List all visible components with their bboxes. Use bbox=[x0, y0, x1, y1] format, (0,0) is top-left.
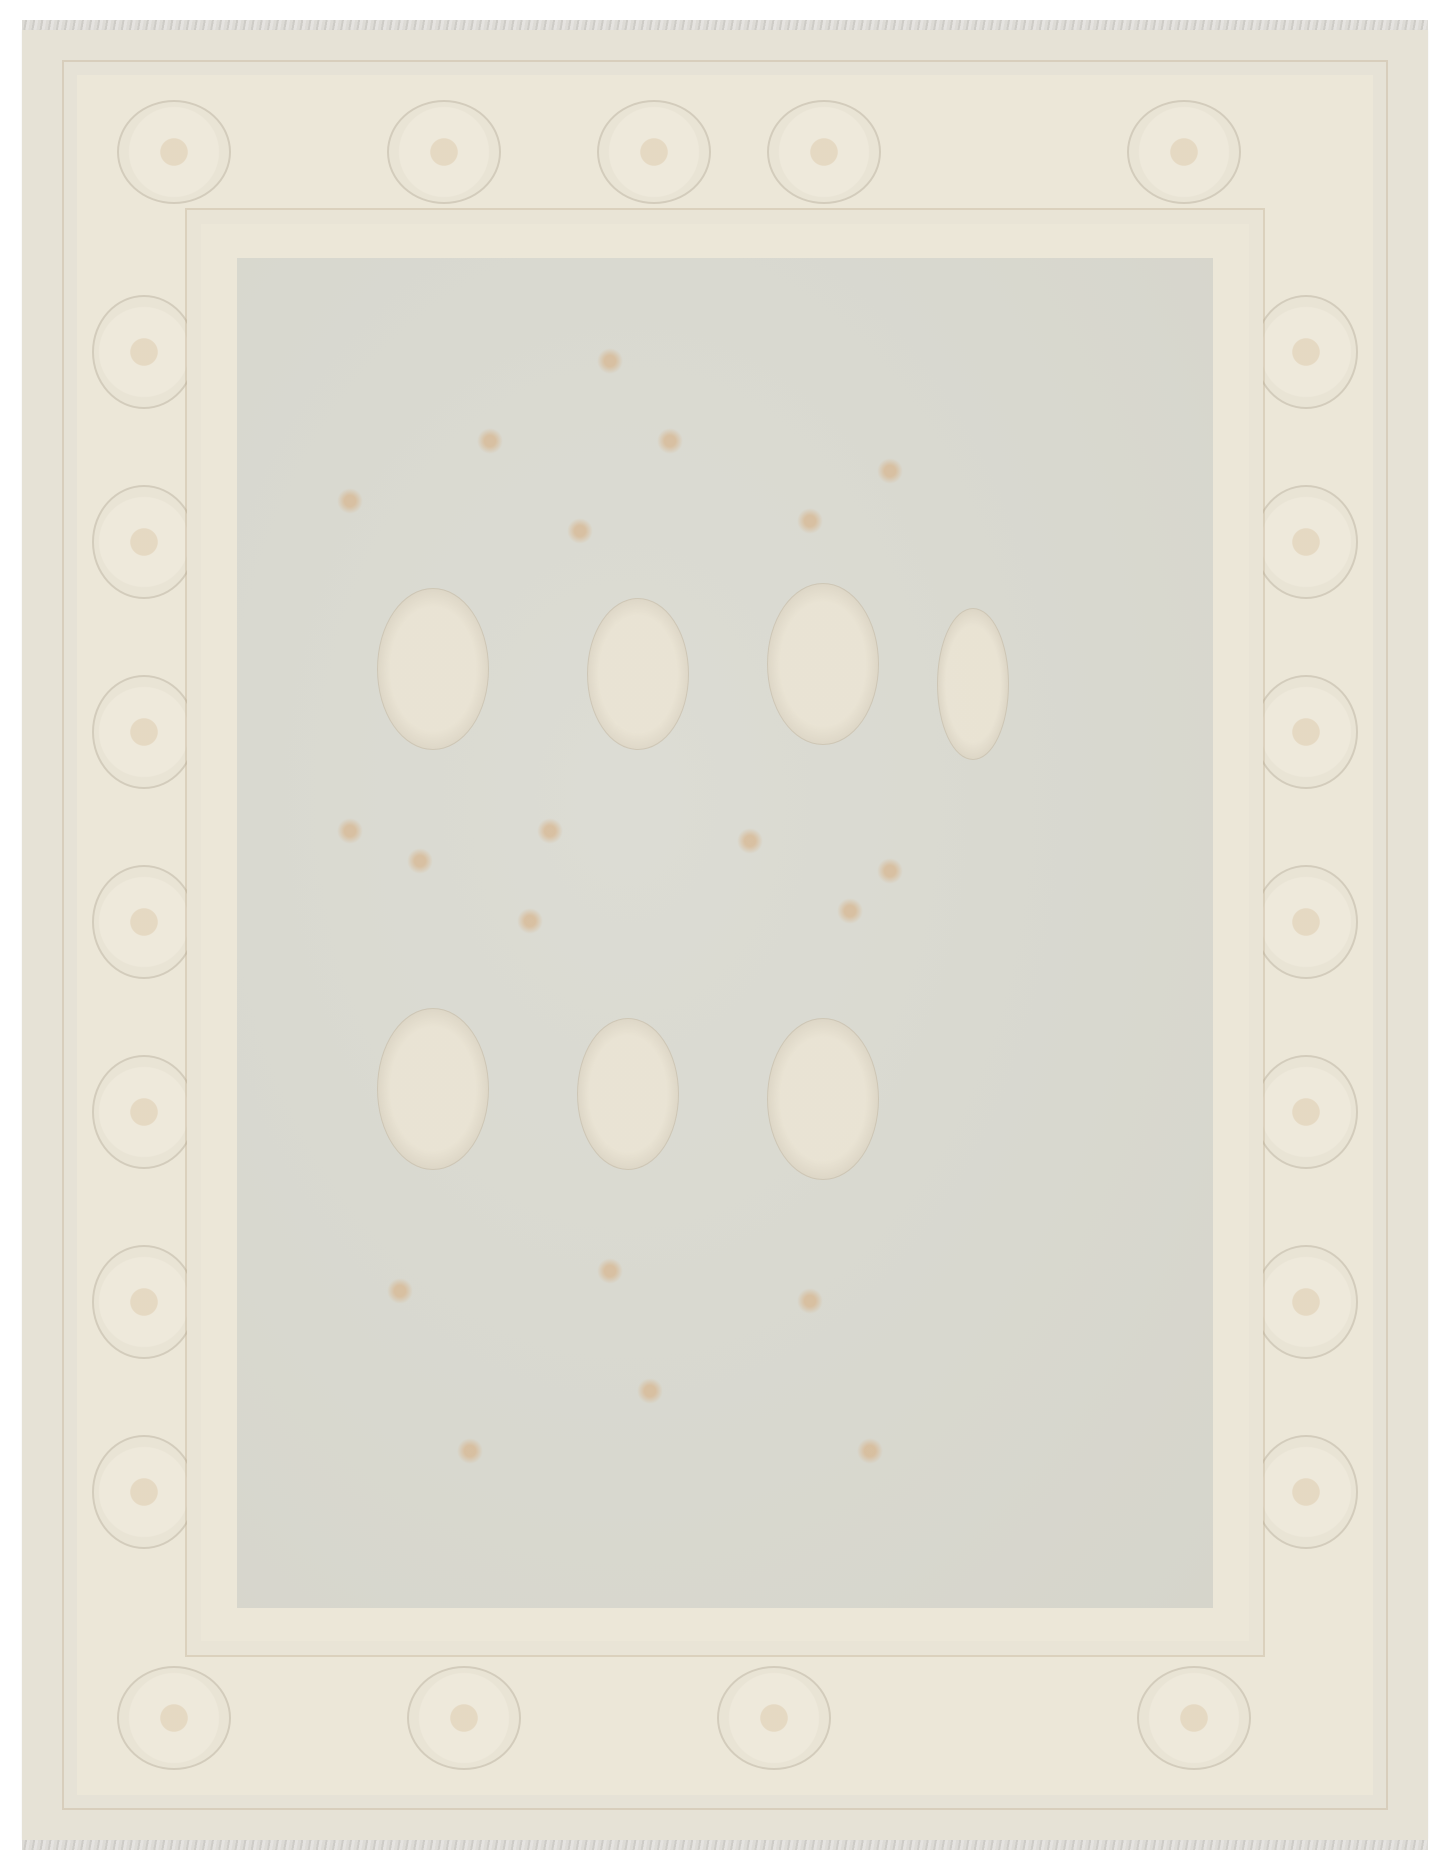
field-flower bbox=[517, 908, 543, 934]
field-flower bbox=[857, 1438, 883, 1464]
field-medallion bbox=[577, 1018, 679, 1170]
border-medallion bbox=[92, 865, 196, 979]
field-flower bbox=[537, 818, 563, 844]
border-medallion bbox=[767, 100, 881, 204]
field-flower bbox=[407, 848, 433, 874]
border-medallion bbox=[1254, 295, 1358, 409]
border-medallion bbox=[597, 100, 711, 204]
field-flower bbox=[457, 1438, 483, 1464]
border-medallion bbox=[1254, 485, 1358, 599]
border-medallion bbox=[1254, 865, 1358, 979]
border-medallion bbox=[92, 1245, 196, 1359]
field-flower bbox=[877, 858, 903, 884]
border-medallion bbox=[1254, 1055, 1358, 1169]
rug-field bbox=[237, 258, 1213, 1608]
border-medallion bbox=[1254, 1245, 1358, 1359]
top-fringe bbox=[22, 20, 1428, 30]
field-flower bbox=[337, 818, 363, 844]
field-flower bbox=[657, 428, 683, 454]
field-flower bbox=[597, 348, 623, 374]
field-flower bbox=[797, 1288, 823, 1314]
border-medallion bbox=[1127, 100, 1241, 204]
field-medallion bbox=[587, 598, 689, 750]
field-flower bbox=[337, 488, 363, 514]
field-flower bbox=[387, 1278, 413, 1304]
field-flower bbox=[737, 828, 763, 854]
field-flower bbox=[477, 428, 503, 454]
border-medallion bbox=[387, 100, 501, 204]
border-medallion bbox=[92, 675, 196, 789]
border-medallion bbox=[92, 295, 196, 409]
field-flower bbox=[837, 898, 863, 924]
border-medallion bbox=[1254, 1435, 1358, 1549]
rug bbox=[22, 30, 1428, 1840]
border-medallion bbox=[92, 1435, 196, 1549]
field-flower bbox=[567, 518, 593, 544]
border-medallion bbox=[117, 1666, 231, 1770]
border-medallion bbox=[117, 100, 231, 204]
field-flower bbox=[597, 1258, 623, 1284]
border-medallion bbox=[92, 1055, 196, 1169]
border-medallion bbox=[1254, 675, 1358, 789]
field-medallion bbox=[767, 583, 879, 745]
field-medallion bbox=[937, 608, 1009, 760]
border-medallion bbox=[92, 485, 196, 599]
border-medallion bbox=[1137, 1666, 1251, 1770]
border-medallion bbox=[717, 1666, 831, 1770]
bottom-fringe bbox=[22, 1840, 1428, 1850]
field-medallion bbox=[767, 1018, 879, 1180]
field-flower bbox=[637, 1378, 663, 1404]
border-medallion bbox=[407, 1666, 521, 1770]
field-flower bbox=[797, 508, 823, 534]
field-medallion bbox=[377, 588, 489, 750]
field-flower bbox=[877, 458, 903, 484]
product-photo bbox=[0, 0, 1445, 1858]
field-medallion bbox=[377, 1008, 489, 1170]
